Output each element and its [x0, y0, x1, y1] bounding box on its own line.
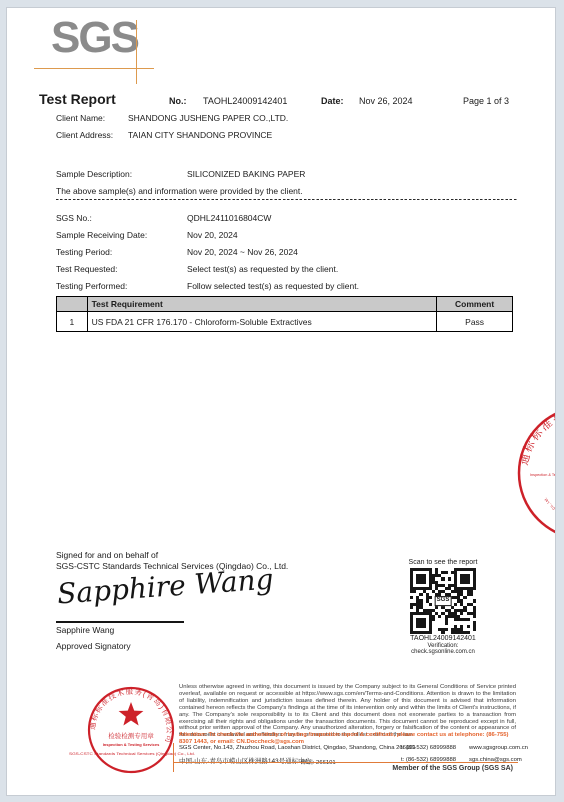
report-no-label: No.:	[169, 96, 187, 106]
report-no-value: TAOHL24009142401	[203, 96, 287, 106]
screenshot-root: { "logo": { "text": "SGS", "color": "#8b…	[0, 0, 564, 802]
report-date-value: Nov 26, 2024	[359, 96, 413, 106]
header-index-cell	[57, 297, 88, 312]
row-requirement: US FDA 21 CFR 176.170 - Chloroform-Solub…	[87, 312, 437, 332]
footer-seal-company-en: SGS-CSTC Standards Technical Services (Q…	[69, 752, 195, 756]
test-requested-label: Test Requested:	[56, 264, 117, 274]
client-address-value: TAIAN CITY SHANDONG PROVINCE	[128, 130, 272, 140]
receiving-date-label: Sample Receiving Date:	[56, 230, 147, 240]
signatory-name: Sapphire Wang	[56, 625, 114, 635]
results-table: Test Requirement Comment 1 US FDA 21 CFR…	[56, 296, 513, 332]
page-indicator: Page 1 of 3	[463, 96, 509, 106]
client-name-value: SHANDONG JUSHENG PAPER CO.,LTD.	[128, 113, 288, 123]
footer-website: www.sgsgroup.com.cn	[469, 745, 528, 751]
signature-underline	[56, 621, 184, 623]
row-comment: Pass	[437, 312, 513, 332]
logo-vertical-line	[136, 20, 137, 84]
testing-performed-value: Follow selected test(s) as requested by …	[187, 281, 359, 291]
signatory-role: Approved Signatory	[56, 641, 131, 651]
test-requested-value: Select test(s) as requested by the clien…	[187, 264, 338, 274]
qr-report-number: TAOHL24009142401	[395, 635, 491, 642]
sample-provided-note: The above sample(s) and information were…	[56, 186, 303, 196]
footer-vertical-divider	[173, 743, 174, 772]
qr-block: Scan to see the report SGS TAOHL24009142…	[395, 559, 491, 655]
sgs-no-label: SGS No.:	[56, 213, 92, 223]
footer-seal-en: Inspection & Testing Services	[103, 742, 160, 747]
qr-verification-url: check.sgsonline.com.cn	[395, 649, 491, 655]
table-row: 1 US FDA 21 CFR 176.170 - Chloroform-Sol…	[57, 312, 513, 332]
header-test-requirement: Test Requirement	[87, 297, 437, 312]
footer-attention: Attention: To check the authenticity of …	[179, 732, 516, 746]
header-comment: Comment	[437, 297, 513, 312]
seal-company-en-arc: SGS-CSTC Standards Technical Services (Q…	[543, 487, 556, 522]
testing-performed-label: Testing Performed:	[56, 281, 127, 291]
qr-caption: Scan to see the report	[395, 559, 491, 566]
dashed-separator	[56, 199, 518, 200]
report-title: Test Report	[39, 91, 116, 107]
footer-address-en: SGS Center, No.143, Zhuzhou Road, Laosha…	[179, 745, 416, 751]
svg-text:SGS-CSTC Standards Technical S: SGS-CSTC Standards Technical Services (Q…	[543, 487, 556, 522]
seal-star-icon	[119, 702, 144, 726]
sgs-no-value: QDHL2411016804CW	[187, 213, 271, 223]
footer-disclaimer: Unless otherwise agreed in writing, this…	[179, 684, 516, 739]
qr-center-label: SGS	[435, 596, 452, 606]
sgs-logo: SGS	[51, 16, 138, 60]
results-table-header-row: Test Requirement Comment	[57, 297, 513, 312]
client-name-label: Client Name:	[56, 113, 105, 123]
report-date-label: Date:	[321, 96, 344, 106]
row-index: 1	[57, 312, 88, 332]
client-address-label: Client Address:	[56, 130, 113, 140]
signed-for-line: Signed for and on behalf of	[56, 550, 158, 560]
sample-description-label: Sample Description:	[56, 169, 132, 179]
red-seal-right: 通标标准技术服务(青岛)有限公司 SGS-CSTC Standards Tech…	[512, 406, 556, 556]
footer-seal-cn: 检验检测专用章	[108, 731, 154, 740]
sample-description-value: SILICONIZED BAKING PAPER	[187, 169, 305, 179]
receiving-date-value: Nov 20, 2024	[187, 230, 238, 240]
qr-module	[473, 631, 476, 634]
footer-tel-1: t: (86-532) 68999888	[401, 745, 456, 751]
qr-code: SGS	[410, 568, 476, 634]
footer-address-cn: 中国·山东·青岛市崂山区株洲路143号通标中心	[179, 756, 311, 765]
report-page: SGS Test Report No.: TAOHL24009142401 Da…	[6, 7, 556, 796]
testing-period-label: Testing Period:	[56, 247, 112, 257]
seal-inspection-text: Inspection & Testing Services	[530, 473, 556, 477]
testing-period-value: Nov 20, 2024 ~ Nov 26, 2024	[187, 247, 298, 257]
footer-orange-rule	[173, 762, 518, 763]
footer-member-line: Member of the SGS Group (SGS SA)	[392, 765, 513, 772]
